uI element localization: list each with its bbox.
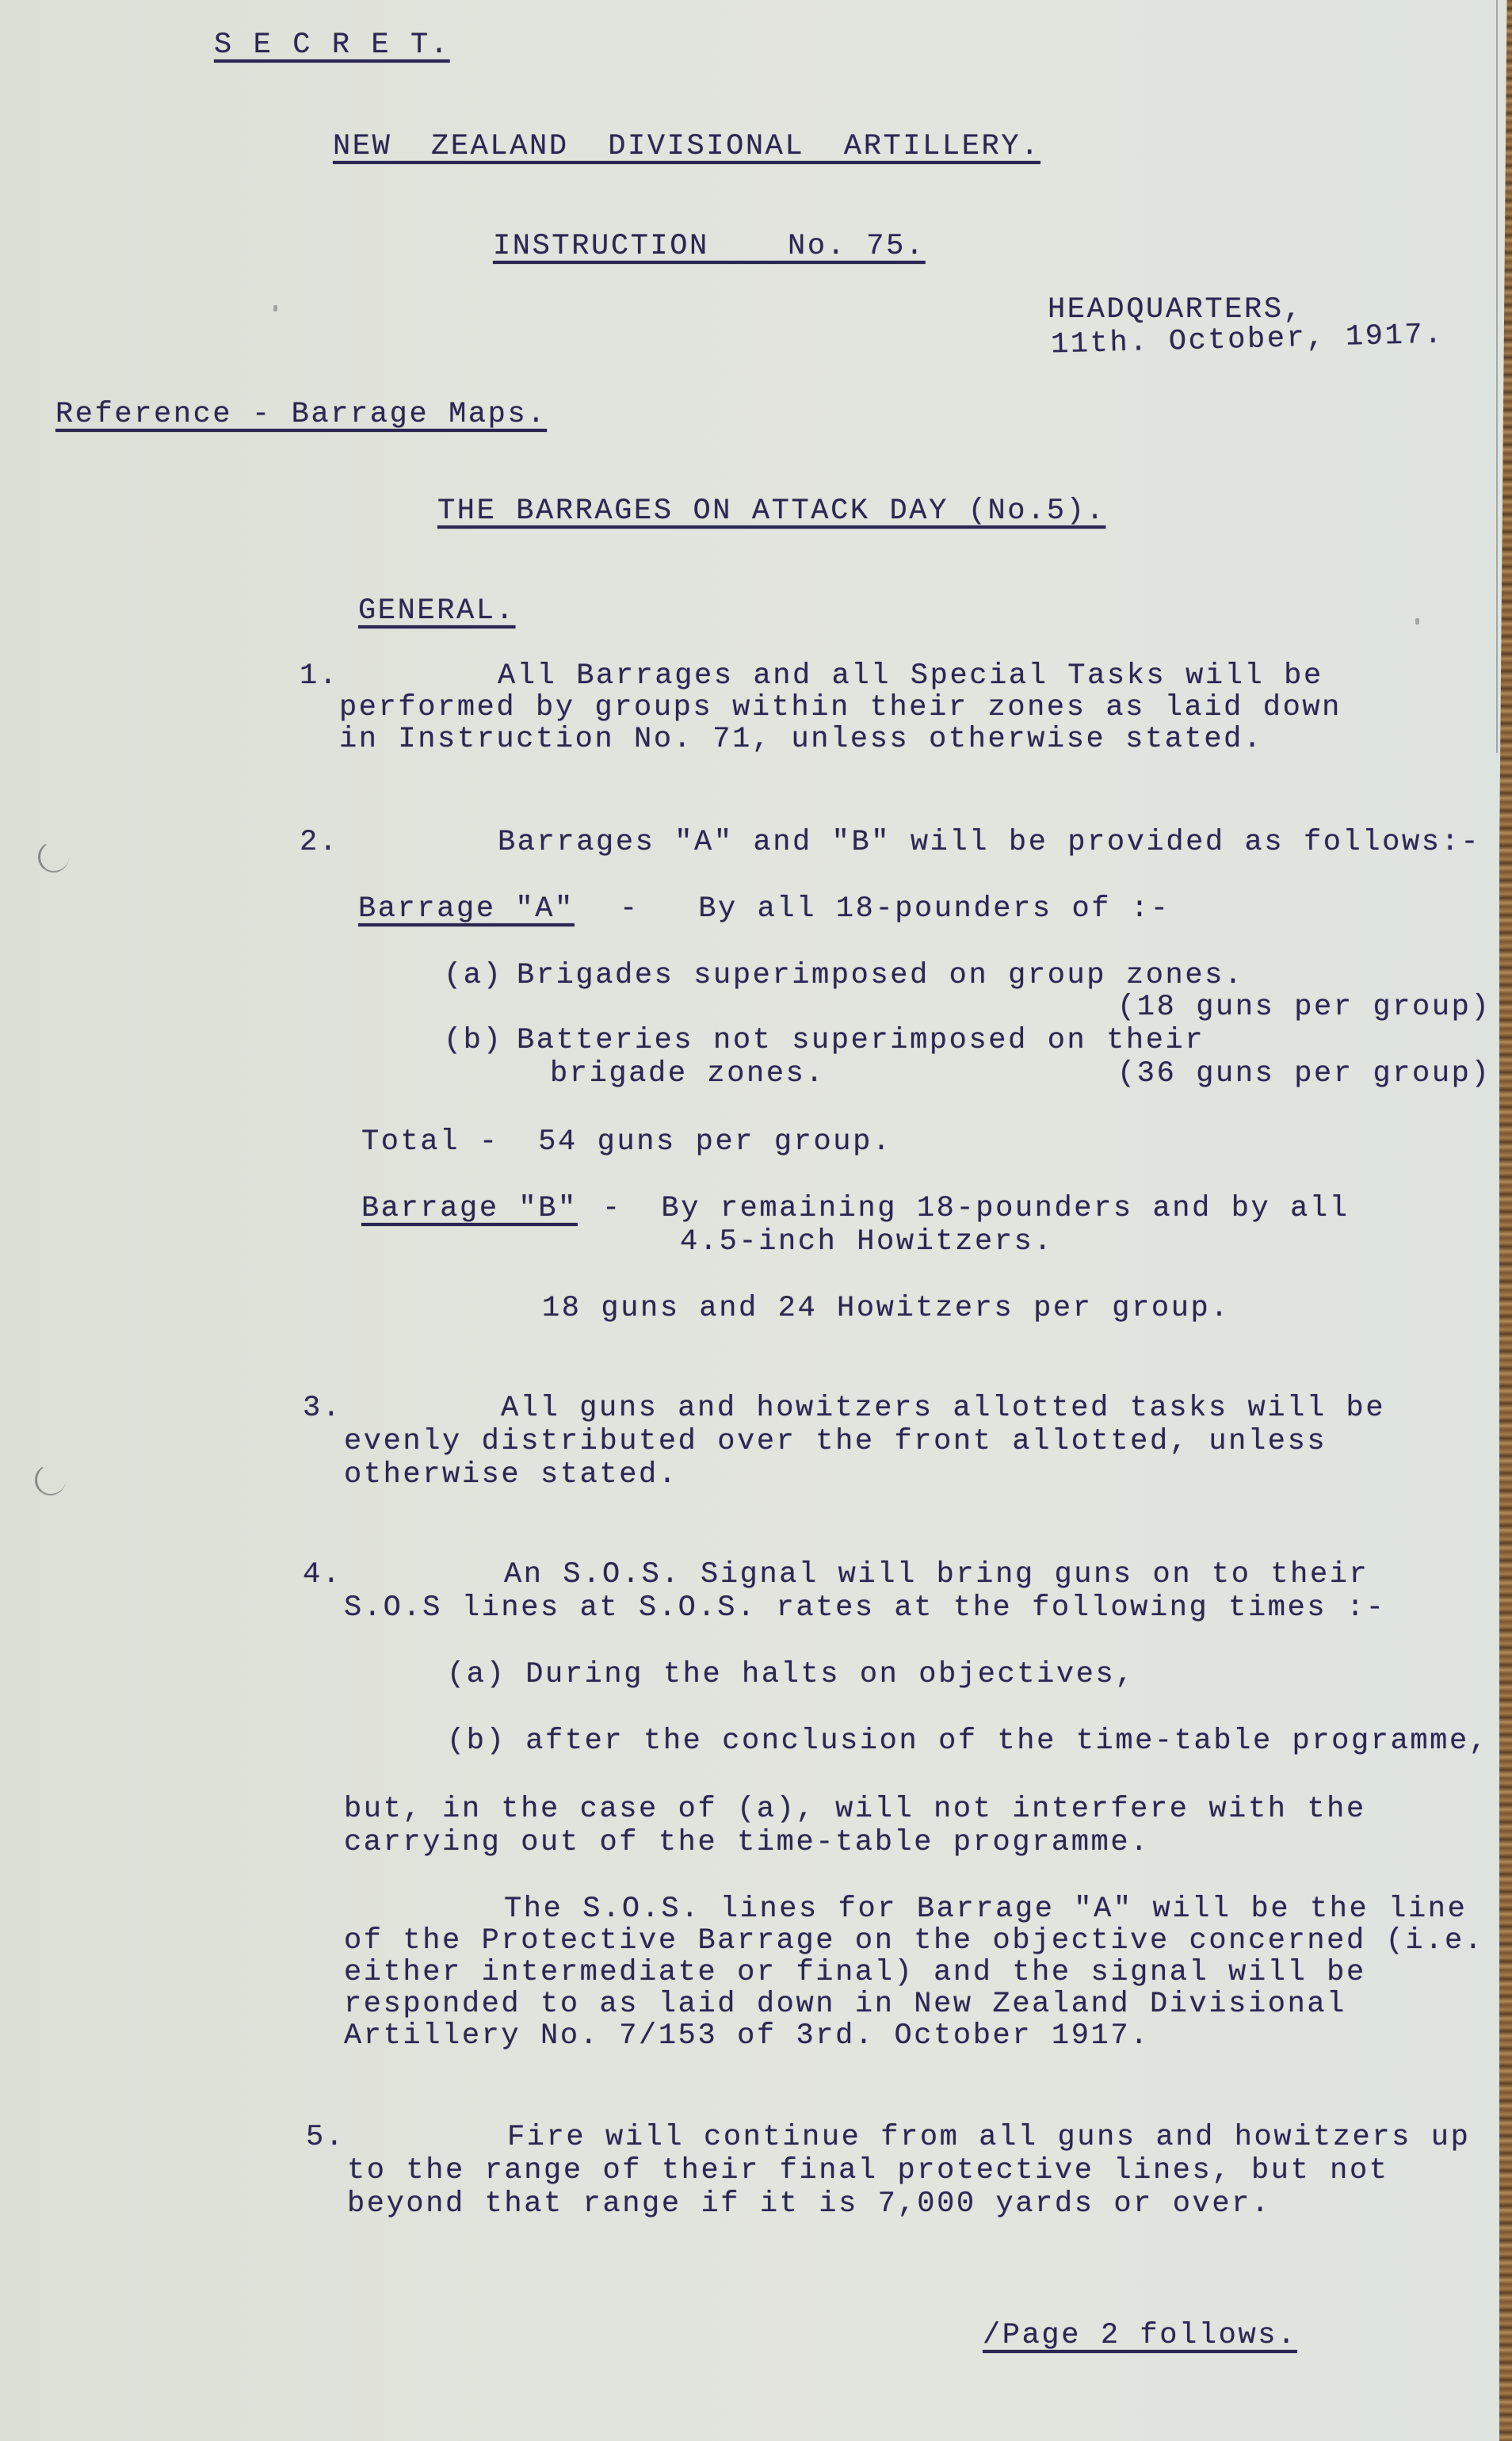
barrage-a-total: Total - 54 guns per group. — [361, 1125, 892, 1159]
classification-label: S E C R E T. — [214, 29, 450, 62]
instruction-number: INSTRUCTION No. 75. — [493, 230, 926, 263]
paragraph-number: 5. — [306, 2121, 346, 2154]
barrage-a-text: - By all 18-pounders of :- — [620, 892, 1170, 926]
paragraph-line: carrying out of the time-table programme… — [344, 1826, 1150, 1859]
list-item-text: Brigades superimposed on group zones. — [517, 959, 1244, 992]
paragraph-line: but, in the case of (a), will not interf… — [344, 1793, 1366, 1826]
page-edge — [1496, 0, 1498, 753]
paragraph-number: 3. — [303, 1392, 342, 1425]
paper-speck — [1415, 618, 1419, 625]
list-item-text: brigade zones. — [550, 1057, 825, 1091]
paragraph-line: All guns and howitzers allotted tasks wi… — [501, 1392, 1385, 1425]
paragraph-number: 1. — [300, 659, 339, 693]
section-heading-general: GENERAL. — [358, 594, 515, 628]
paragraph-line: to the range of their final protective l… — [347, 2154, 1389, 2187]
list-item-marker: (a) — [444, 959, 502, 992]
gun-count: (36 guns per group) — [1117, 1057, 1491, 1091]
barrage-a-label: Barrage "A" — [358, 892, 575, 926]
punch-hole-mark — [35, 1465, 66, 1496]
paper-speck — [273, 305, 277, 311]
barrage-b-label: Barrage "B" — [361, 1192, 578, 1225]
paragraph-line: performed by groups within their zones a… — [339, 691, 1342, 724]
document-title: THE BARRAGES ON ATTACK DAY (No.5). — [437, 495, 1105, 528]
paragraph-line: All Barrages and all Special Tasks will … — [498, 659, 1323, 693]
paragraph-line: otherwise stated. — [344, 1458, 678, 1492]
page-continuation-note: /Page 2 follows. — [983, 2319, 1297, 2352]
list-item: (a) During the halts on objectives, — [447, 1658, 1135, 1691]
paragraph-line: responded to as laid down in New Zealand… — [344, 1988, 1346, 2021]
reference-line: Reference - Barrage Maps. — [55, 398, 547, 431]
barrage-b-summary: 18 guns and 24 Howitzers per group. — [542, 1292, 1230, 1325]
paragraph-number: 2. — [300, 826, 339, 859]
headquarters-label: HEADQUARTERS, — [1048, 293, 1303, 327]
punch-hole-mark — [38, 842, 69, 873]
paragraph-line: S.O.S lines at S.O.S. rates at the follo… — [344, 1591, 1386, 1625]
barrage-b-text: 4.5-inch Howitzers. — [680, 1225, 1053, 1259]
paragraph-line: Barrages "A" and "B" will be provided as… — [498, 826, 1480, 859]
organization-heading: NEW ZEALAND DIVISIONAL ARTILLERY. — [333, 130, 1040, 163]
paragraph-line: evenly distributed over the front allott… — [344, 1425, 1327, 1458]
list-item-marker: (b) — [444, 1024, 502, 1057]
gun-count: (18 guns per group) — [1117, 991, 1491, 1024]
paragraph-line: Artillery No. 7/153 of 3rd. October 1917… — [344, 2019, 1150, 2053]
paragraph-number: 4. — [303, 1558, 342, 1591]
paragraph-line: Fire will continue from all guns and how… — [507, 2121, 1470, 2154]
paragraph-line: An S.O.S. Signal will bring guns on to t… — [504, 1558, 1369, 1591]
paragraph-line: in Instruction No. 71, unless otherwise … — [339, 723, 1263, 756]
list-item-text: Batteries not superimposed on their — [517, 1024, 1205, 1057]
paragraph-line: beyond that range if it is 7,000 yards o… — [347, 2187, 1271, 2221]
paragraph-line: of the Protective Barrage on the objecti… — [344, 1924, 1484, 1958]
list-item: (b) after the conclusion of the time-tab… — [447, 1725, 1489, 1758]
paragraph-line: either intermediate or final) and the si… — [344, 1956, 1366, 1989]
paragraph-line: The S.O.S. lines for Barrage "A" will be… — [504, 1893, 1467, 1926]
barrage-b-text: - By remaining 18-pounders and by all — [602, 1192, 1350, 1225]
